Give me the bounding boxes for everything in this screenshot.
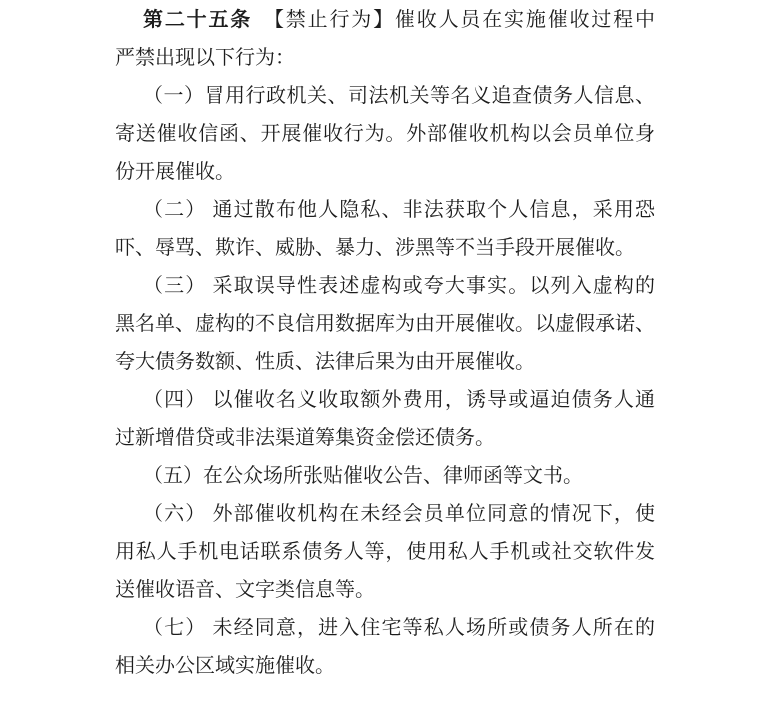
text-segment: 黑名单、虚构的不良信用数据库为由开展催收。以虚假承诺、 [115, 313, 655, 335]
text-segment: （一）冒用行政机关、司法机关等名义追查债务人信息、 [143, 85, 655, 107]
text-segment: （五）在公众场所张贴催收公告、律师函等文书。 [143, 465, 583, 487]
text-line: 严禁出现以下行为： [115, 39, 655, 77]
paragraph-item-1: （一）冒用行政机关、司法机关等名义追查债务人信息、寄送催收信函、开展催收行为。外… [115, 77, 655, 191]
text-line: （三） 采取误导性表述虚构或夸大事实。以列入虚构的 [115, 267, 655, 305]
text-line: （四） 以催收名义收取额外费用，诱导或逼迫债务人通 [115, 381, 655, 419]
paragraph-item-6: （六） 外部催收机构在未经会员单位同意的情况下，使用私人手机电话联系债务人等，使… [115, 495, 655, 609]
document-page: 第二十五条 【禁止行为】催收人员在实施催收过程中严禁出现以下行为：（一）冒用行政… [0, 0, 770, 702]
text-segment: 相关办公区域实施催收。 [115, 655, 335, 677]
text-segment: 夸大债务数额、性质、法律后果为由开展催收。 [115, 351, 535, 373]
text-segment: 过新增借贷或非法渠道筹集资金偿还债务。 [115, 427, 495, 449]
text-segment: （三） 采取误导性表述虚构或夸大事实。以列入虚构的 [143, 275, 655, 297]
paragraph-item-4: （四） 以催收名义收取额外费用，诱导或逼迫债务人通过新增借贷或非法渠道筹集资金偿… [115, 381, 655, 457]
text-segment: 用私人手机电话联系债务人等，使用私人手机或社交软件发 [115, 541, 655, 563]
text-segment: （二） 通过散布他人隐私、非法获取个人信息，采用恐 [143, 199, 655, 221]
text-segment: （七） 未经同意，进入住宅等私人场所或债务人所在的 [143, 617, 655, 639]
text-line: 第二十五条 【禁止行为】催收人员在实施催收过程中 [115, 1, 655, 39]
text-line: （六） 外部催收机构在未经会员单位同意的情况下，使 [115, 495, 655, 533]
text-line: （五）在公众场所张贴催收公告、律师函等文书。 [115, 457, 655, 495]
text-segment: （六） 外部催收机构在未经会员单位同意的情况下，使 [143, 503, 655, 525]
text-segment: 送催收语音、文字类信息等。 [115, 579, 375, 601]
text-line: 用私人手机电话联系债务人等，使用私人手机或社交软件发 [115, 533, 655, 571]
article-number-label: 第二十五条 [143, 9, 252, 31]
text-line: 黑名单、虚构的不良信用数据库为由开展催收。以虚假承诺、 [115, 305, 655, 343]
text-line: （二） 通过散布他人隐私、非法获取个人信息，采用恐 [115, 191, 655, 229]
article-text-block: 第二十五条 【禁止行为】催收人员在实施催收过程中严禁出现以下行为：（一）冒用行政… [115, 1, 655, 685]
text-line: 相关办公区域实施催收。 [115, 647, 655, 685]
paragraph-item-5: （五）在公众场所张贴催收公告、律师函等文书。 [115, 457, 655, 495]
text-line: （一）冒用行政机关、司法机关等名义追查债务人信息、 [115, 77, 655, 115]
text-segment: 严禁出现以下行为： [115, 47, 295, 69]
text-segment: 吓、辱骂、欺诈、威胁、暴力、涉黑等不当手段开展催收。 [115, 237, 635, 259]
paragraph-item-2: （二） 通过散布他人隐私、非法获取个人信息，采用恐吓、辱骂、欺诈、威胁、暴力、涉… [115, 191, 655, 267]
text-line: 份开展催收。 [115, 153, 655, 191]
text-line: （七） 未经同意，进入住宅等私人场所或债务人所在的 [115, 609, 655, 647]
text-line: 送催收语音、文字类信息等。 [115, 571, 655, 609]
text-segment: 份开展催收。 [115, 161, 235, 183]
paragraph-item-3: （三） 采取误导性表述虚构或夸大事实。以列入虚构的黑名单、虚构的不良信用数据库为… [115, 267, 655, 381]
text-line: 过新增借贷或非法渠道筹集资金偿还债务。 [115, 419, 655, 457]
text-segment: 【禁止行为】催收人员在实施催收过程中 [252, 9, 655, 31]
text-segment: （四） 以催收名义收取额外费用，诱导或逼迫债务人通 [143, 389, 655, 411]
paragraph-article-intro: 第二十五条 【禁止行为】催收人员在实施催收过程中严禁出现以下行为： [115, 1, 655, 77]
paragraph-item-7: （七） 未经同意，进入住宅等私人场所或债务人所在的相关办公区域实施催收。 [115, 609, 655, 685]
text-line: 吓、辱骂、欺诈、威胁、暴力、涉黑等不当手段开展催收。 [115, 229, 655, 267]
text-line: 寄送催收信函、开展催收行为。外部催收机构以会员单位身 [115, 115, 655, 153]
text-line: 夸大债务数额、性质、法律后果为由开展催收。 [115, 343, 655, 381]
text-segment: 寄送催收信函、开展催收行为。外部催收机构以会员单位身 [115, 123, 655, 145]
